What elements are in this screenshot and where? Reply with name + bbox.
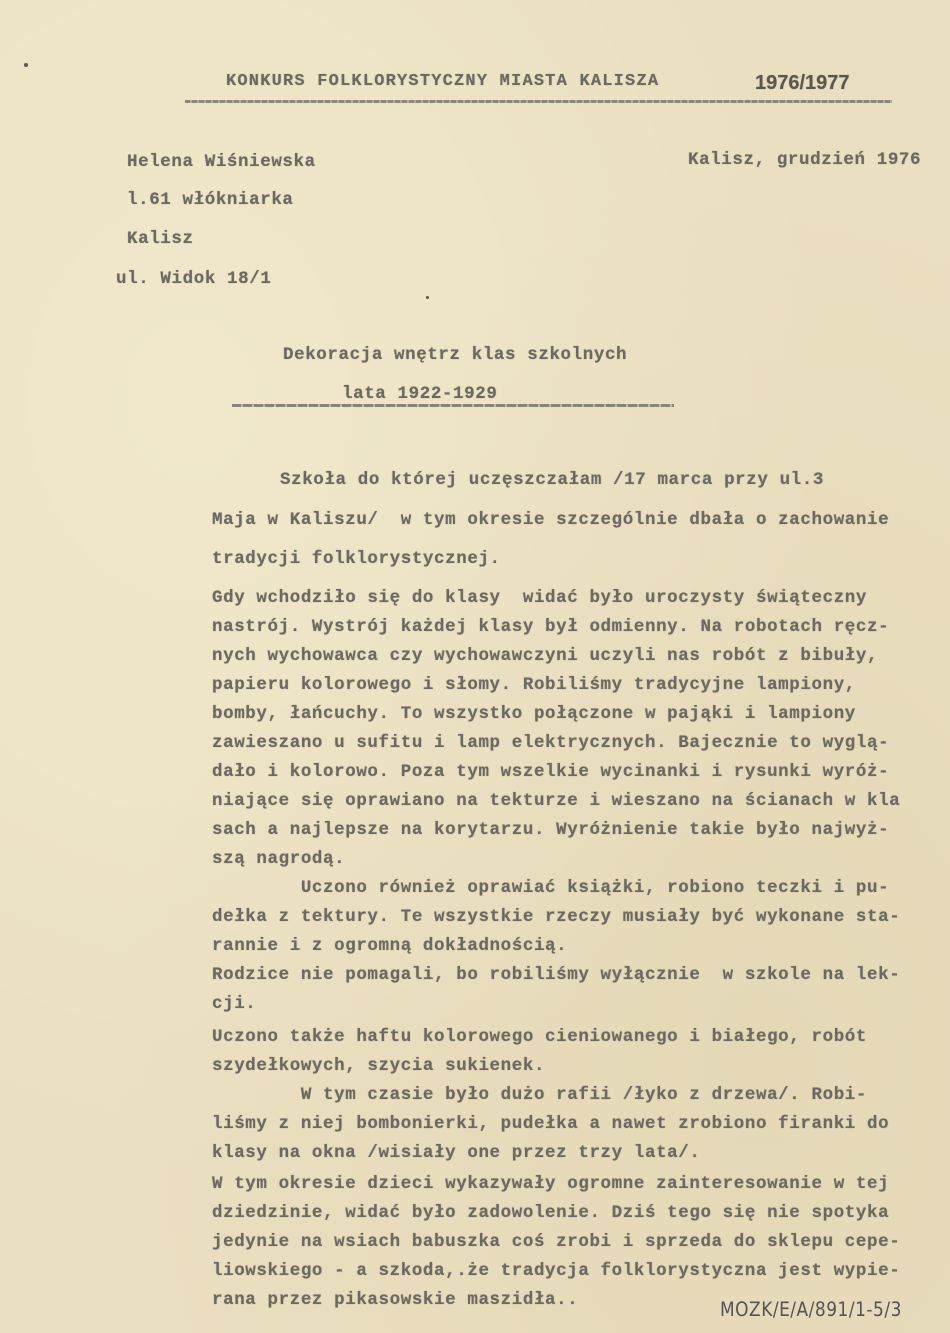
sender-address: ul. Widok 18/1 xyxy=(116,269,271,289)
body-line: klasy na okna /wisiały one przez trzy la… xyxy=(212,1143,700,1163)
paper-speck xyxy=(24,63,28,67)
body-line: liowskiego - a szkoda,.że tradycja folkl… xyxy=(212,1261,900,1281)
body-line: bomby, łańcuchy. To wszystko połączone w… xyxy=(212,704,856,724)
title-underline xyxy=(232,404,674,407)
paper-speck xyxy=(426,296,429,299)
body-line: rana przez pikasowskie maszidła.. xyxy=(212,1290,578,1310)
body-line: rannie i z ogromną dokładnością. xyxy=(212,936,567,956)
body-line: Gdy wchodziło się do klasy widać było ur… xyxy=(212,588,867,608)
archive-signature: MOZK/E/A/891/1-5/3 xyxy=(720,1299,902,1322)
body-line: zawieszano u sufitu i lamp elektrycznych… xyxy=(212,733,889,753)
body-line: szą nagrodą. xyxy=(212,849,345,869)
document-subtitle: lata 1922-1929 xyxy=(342,384,497,404)
body-line: sach a najlepsze na korytarzu. Wyróżnien… xyxy=(212,820,889,840)
contest-title: KONKURS FOLKLORYSTYCZNY MIASTA KALISZA xyxy=(226,72,659,91)
body-line: tradycji folklorystycznej. xyxy=(212,549,501,569)
body-line: cji. xyxy=(212,994,256,1014)
body-line: jedynie na wsiach babuszka coś zrobi i s… xyxy=(212,1232,900,1252)
body-line: dziedzinie, widać było zadowolenie. Dziś… xyxy=(212,1203,889,1223)
document-title: Dekoracja wnętrz klas szkolnych xyxy=(283,345,627,365)
sender-city: Kalisz xyxy=(127,229,194,249)
body-line: Uczono także haftu kolorowego cieniowane… xyxy=(212,1027,867,1047)
contest-year: 1976/1977 xyxy=(755,72,850,95)
body-line: papieru kolorowego i słomy. Robiliśmy tr… xyxy=(212,675,856,695)
body-line: dełka z tektury. Te wszystkie rzeczy mus… xyxy=(212,907,900,927)
body-line: liśmy z niej bombonierki, pudełka a nawe… xyxy=(212,1114,889,1134)
body-line: Szkoła do której uczęszczałam /17 marca … xyxy=(280,470,824,490)
body-line: dało i kolorowo. Poza tym wszelkie wycin… xyxy=(212,762,889,782)
header-underline xyxy=(185,100,892,103)
body-line: Maja w Kaliszu/ w tym okresie szczególni… xyxy=(212,510,889,530)
body-line: nych wychowawca czy wychowawczyni uczyli… xyxy=(212,646,878,666)
body-line: W tym okresie dzieci wykazywały ogromne … xyxy=(212,1174,889,1194)
body-line: W tym czasie było dużo rafii /łyko z drz… xyxy=(212,1085,867,1105)
body-line: szydełkowych, szycia sukienek. xyxy=(212,1056,545,1076)
body-line: Uczono również oprawiać książki, robiono… xyxy=(212,878,889,898)
body-line: nastrój. Wystrój każdej klasy był odmien… xyxy=(212,617,889,637)
document-page: KONKURS FOLKLORYSTYCZNY MIASTA KALISZA 1… xyxy=(0,0,950,1333)
body-line: niające się oprawiano na tekturze i wies… xyxy=(212,791,900,811)
body-line: Rodzice nie pomagali, bo robiliśmy wyłąc… xyxy=(212,965,900,985)
sender-age-occupation: l.61 włókniarka xyxy=(127,190,294,210)
sender-name: Helena Wiśniewska xyxy=(127,152,316,172)
place-date: Kalisz, grudzień 1976 xyxy=(688,150,921,170)
